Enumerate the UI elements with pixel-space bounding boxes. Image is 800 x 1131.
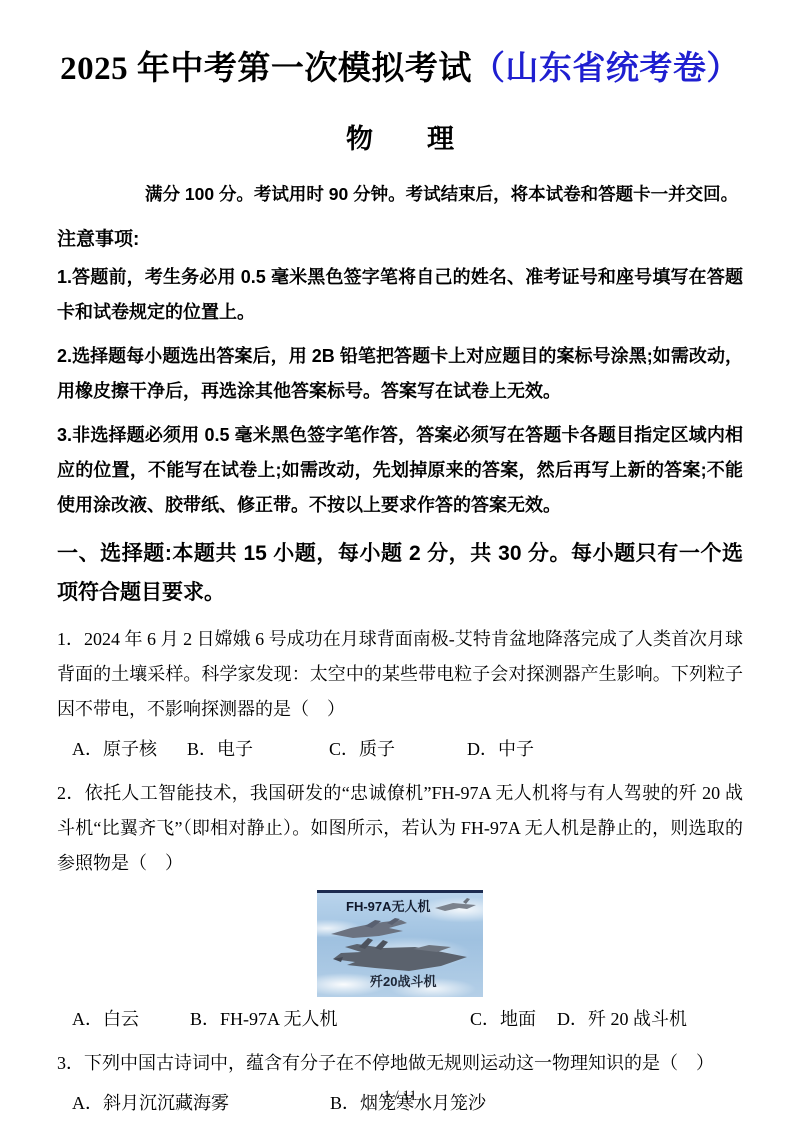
question-1-options: A．原子核 B．电子 C．质子 D．中子 xyxy=(57,733,743,766)
question-block-1: 1．2024 年 6 月 2 日嫦娥 6 号成功在月球背面南极-艾特肯盆地降落完… xyxy=(0,622,800,766)
figure-label-j20: 歼20战斗机 xyxy=(370,971,436,990)
exam-info-line: 满分 100 分。考试用时 90 分钟。考试结束后，将本试卷和答题卡一并交回。 xyxy=(57,182,743,206)
option-c: C．地面 xyxy=(470,1003,557,1036)
option-d: D．中子 xyxy=(467,733,534,766)
option-a: A．白云 xyxy=(72,1003,190,1036)
exam-title-region-tag: （山东省统考卷） xyxy=(472,51,740,87)
exam-title: 2025 年中考第一次模拟考试（山东省统考卷） xyxy=(28,42,772,89)
notice-item-3: 3.非选择题必须用 0.5 毫米黑色签字笔作答，答案必须写在答题卡各题目指定区域… xyxy=(57,418,743,523)
j20-fighter-icon xyxy=(333,938,467,971)
section-heading-choice: 一、选择题:本题共 15 小题，每小题 2 分，共 30 分。每小题只有一个选项… xyxy=(57,534,743,612)
exam-title-main: 2025 年中考第一次模拟考试 xyxy=(60,51,472,87)
question-block-3: 3．下列中国古诗词中，蕴含有分子在不停地做无规则运动这一物理知识的是（ ） A．… xyxy=(0,1046,800,1120)
notice-item-1: 1.答题前，考生务必用 0.5 毫米黑色签字笔将自己的姓名、准考证号和座号填写在… xyxy=(57,260,743,330)
option-b: B．电子 xyxy=(187,733,329,766)
option-b: B．FH-97A 无人机 xyxy=(190,1003,470,1036)
option-a: A．原子核 xyxy=(72,733,187,766)
notice-block: 注意事项: 1.答题前，考生务必用 0.5 毫米黑色签字笔将自己的姓名、准考证号… xyxy=(0,224,800,523)
fh97a-drone-icon xyxy=(331,918,407,938)
question-3-text: 3．下列中国古诗词中，蕴含有分子在不停地做无规则运动这一物理知识的是（ ） xyxy=(57,1046,743,1081)
question-2-text: 2．依托人工智能技术，我国研发的“忠诚僚机”FH-97A 无人机将与有人驾驶的歼… xyxy=(57,776,743,881)
notice-item-2: 2.选择题每小题选出答案后，用 2B 铅笔把答题卡上对应题目的案标号涂黑;如需改… xyxy=(57,339,743,409)
question-block-2: 2．依托人工智能技术，我国研发的“忠诚僚机”FH-97A 无人机将与有人驾驶的歼… xyxy=(0,776,800,1036)
page-indicator: 1 / 11 xyxy=(0,1088,800,1105)
question-2-options: A．白云 B．FH-97A 无人机 C．地面 D．歼 20 战斗机 xyxy=(57,1003,743,1036)
option-d: D．歼 20 战斗机 xyxy=(557,1003,687,1036)
option-c: C．质子 xyxy=(329,733,467,766)
escort-jet-icon xyxy=(435,898,476,911)
exam-paper-page: 2025 年中考第一次模拟考试（山东省统考卷） 物 理 满分 100 分。考试用… xyxy=(0,0,800,1131)
notice-heading: 注意事项: xyxy=(57,224,743,251)
subject-title: 物 理 xyxy=(0,117,800,156)
aircraft-photo: FH-97A无人机 歼20战斗机 xyxy=(317,890,483,997)
figure-label-fh97a: FH-97A无人机 xyxy=(346,896,431,915)
question-1-text: 1．2024 年 6 月 2 日嫦娥 6 号成功在月球背面南极-艾特肯盆地降落完… xyxy=(57,622,743,727)
question-2-figure-row: FH-97A无人机 歼20战斗机 xyxy=(0,890,800,997)
